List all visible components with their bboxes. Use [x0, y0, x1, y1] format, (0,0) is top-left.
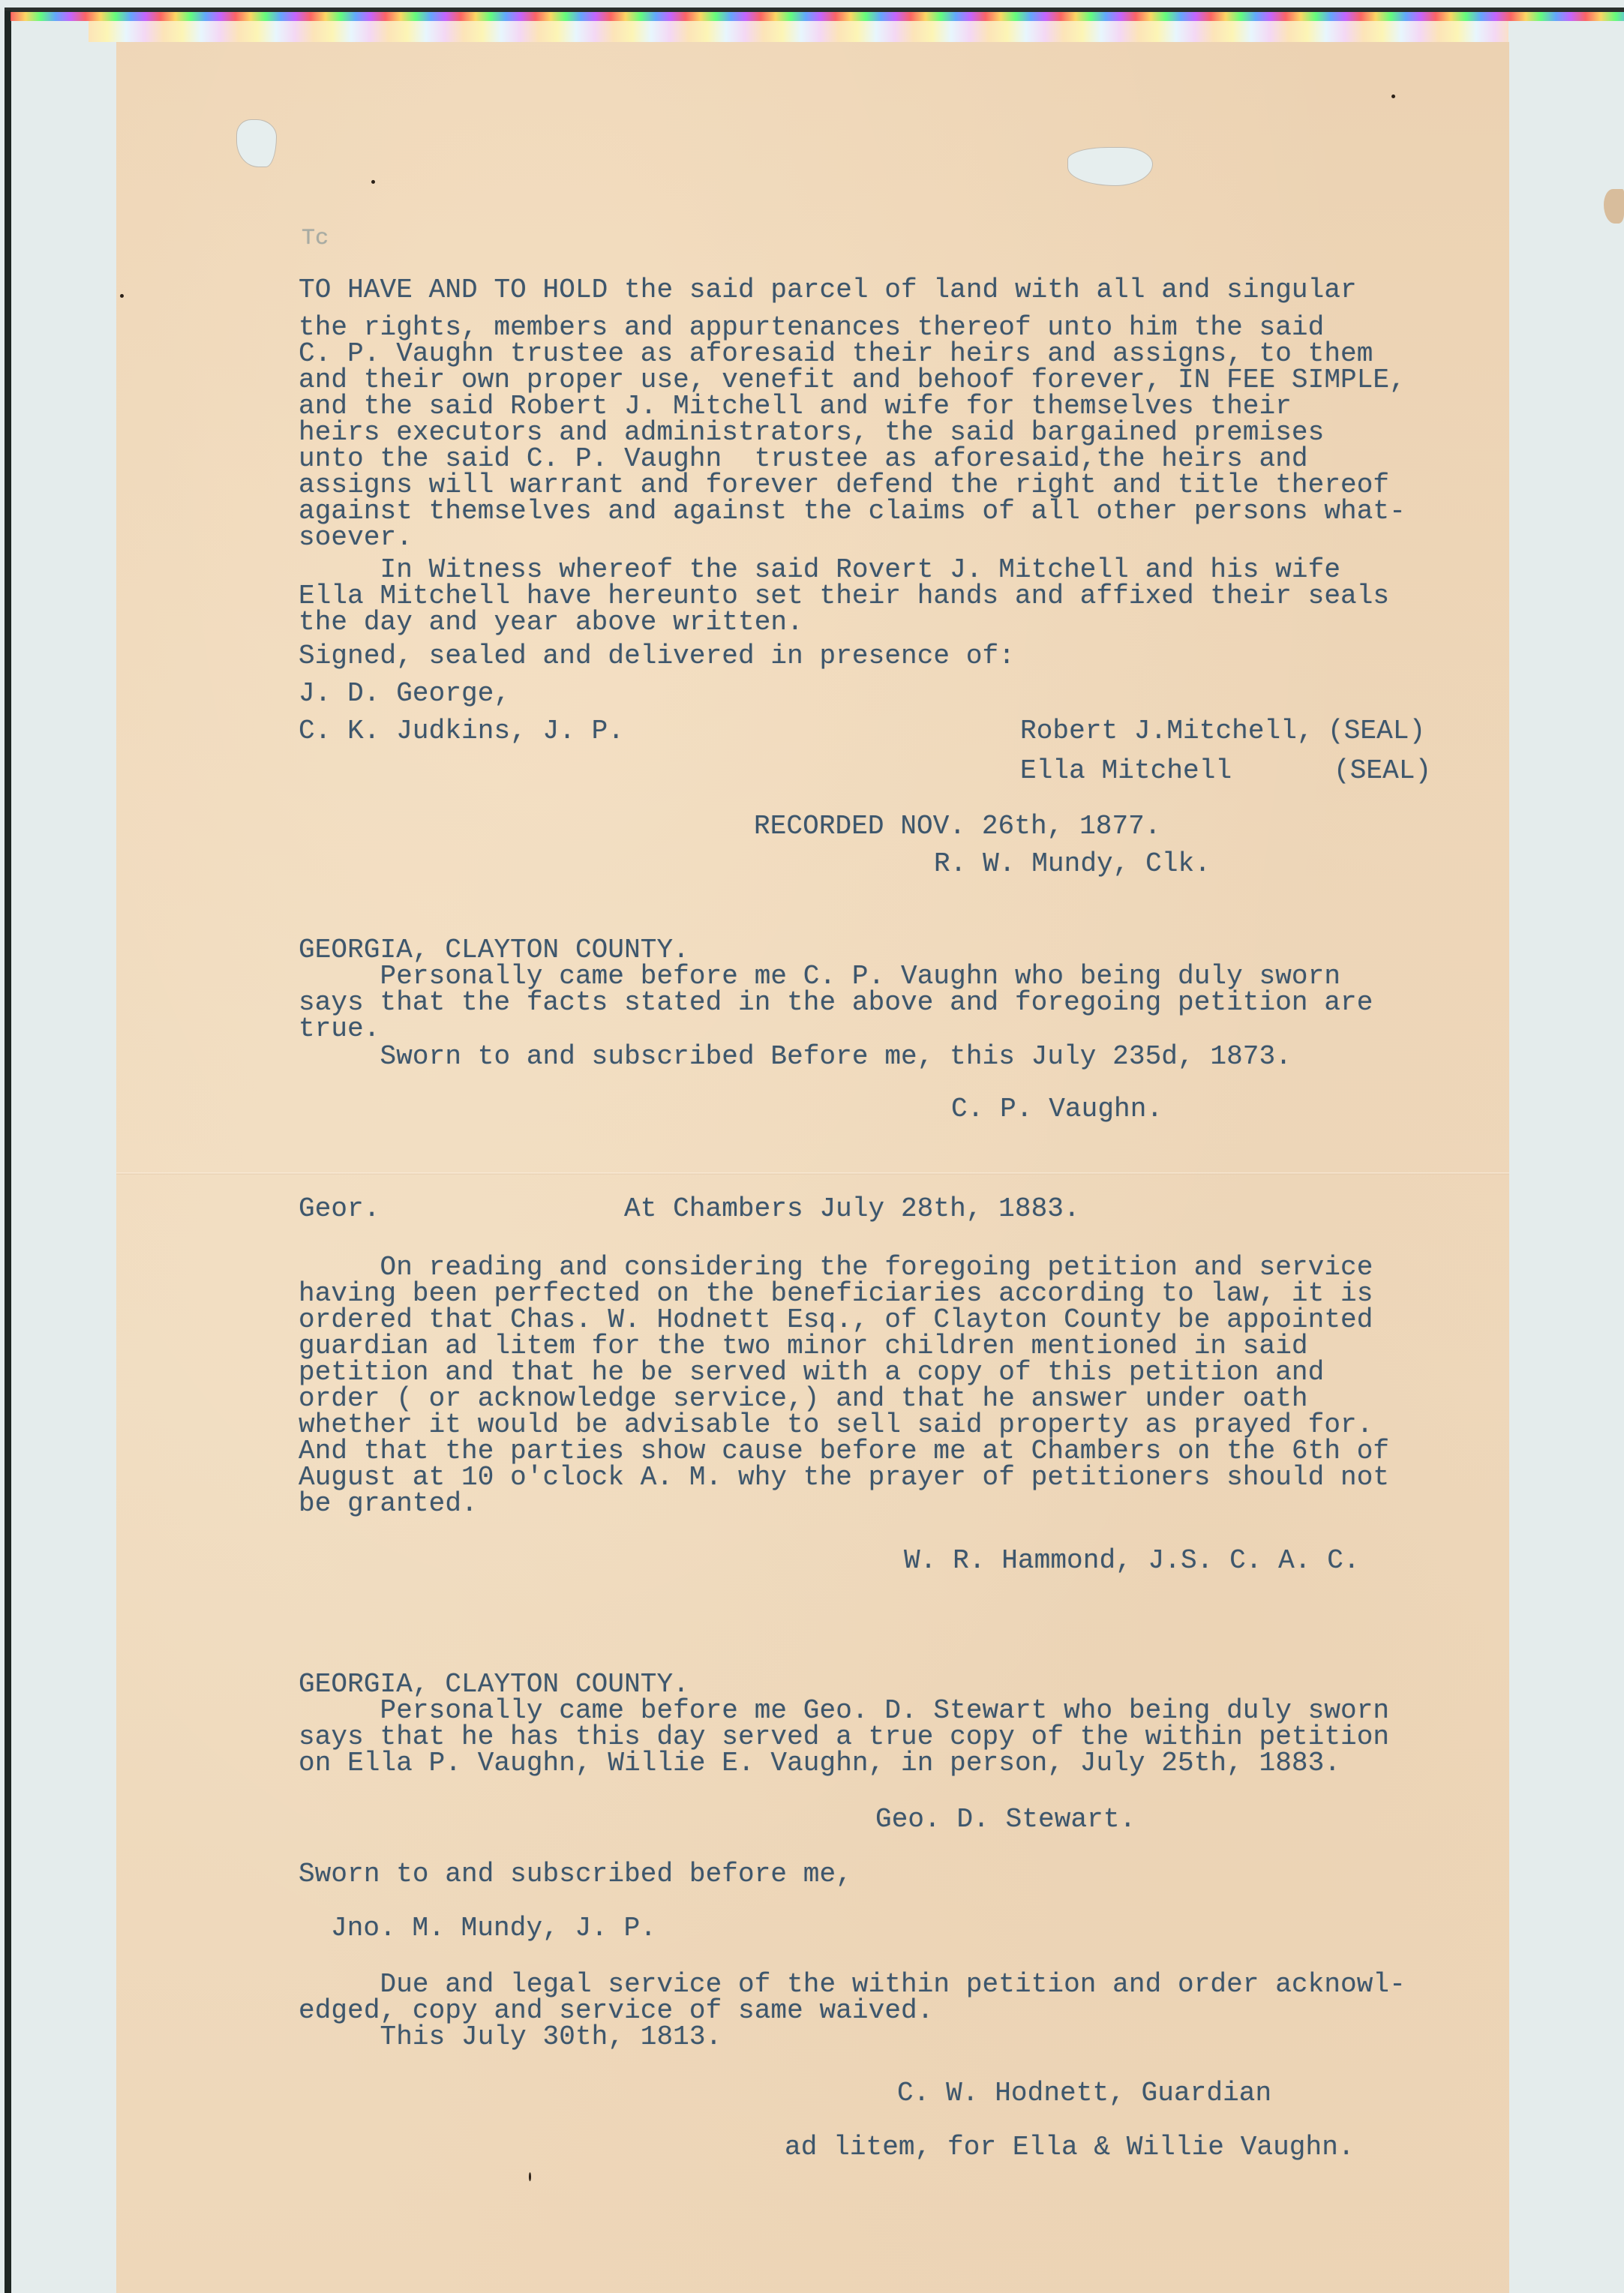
text-line: order ( or acknowledge service,) and tha… [299, 1385, 1308, 1412]
faint-typed-mark: Tc [302, 226, 329, 252]
judge-signature: W. R. Hammond, J.S. C. A. C. [904, 1547, 1360, 1574]
text-line: soever. [299, 524, 413, 551]
ink-speck [529, 2172, 531, 2181]
text-line: be granted. [299, 1490, 478, 1517]
text-line: says that he has this day served a true … [299, 1724, 1389, 1750]
grantor-signature: Ella Mitchell [1020, 758, 1232, 784]
venue-heading: Geor. [299, 1196, 380, 1222]
witness-name: J. D. George, [299, 680, 510, 707]
fold-crease [116, 1172, 1509, 1175]
scan-background: Tc TO HAVE AND TO HOLD the said parcel o… [0, 0, 1624, 2293]
text-line: August at 10 o'clock A. M. why the praye… [299, 1464, 1389, 1490]
text-line: TO HAVE AND TO HOLD the said parcel of l… [299, 277, 1357, 303]
text-line: heirs executors and administrators, the … [299, 419, 1324, 446]
text-line: unto the said C. P. Vaughn trustee as af… [299, 446, 1308, 472]
torn-hole [236, 119, 277, 167]
text-line: Personally came before me C. P. Vaughn w… [299, 963, 1340, 989]
text-line: edged, copy and service of same waived. [299, 1997, 933, 2024]
text-line: whether it would be advisable to sell sa… [299, 1412, 1373, 1438]
text-line: And that the parties show cause before m… [299, 1438, 1389, 1464]
text-line: ordered that Chas. W. Hodnett Esq., of C… [299, 1307, 1373, 1333]
text-line: assigns will warrant and forever defend … [299, 472, 1389, 498]
text-line: Ella Mitchell have hereunto set their ha… [299, 583, 1389, 609]
text-line: This July 30th, 1813. [299, 2024, 722, 2050]
venue-heading: GEORGIA, CLAYTON COUNTY. [299, 937, 689, 963]
affiant-signature: Geo. D. Stewart. [875, 1806, 1136, 1832]
text-line: on Ella P. Vaughn, Willie E. Vaughn, in … [299, 1750, 1340, 1776]
document-page: Tc TO HAVE AND TO HOLD the said parcel o… [116, 42, 1509, 2293]
text-line: and their own proper use, venefit and be… [299, 367, 1406, 393]
text-line: In Witness whereof the said Rovert J. Mi… [299, 557, 1340, 583]
jurat: Sworn to and subscribed Before me, this … [299, 1043, 1292, 1070]
text-line: Due and legal service of the within peti… [299, 1971, 1406, 1997]
text-line: the rights, members and appurtenances th… [299, 314, 1324, 341]
clerk-signature: R. W. Mundy, Clk. [934, 851, 1211, 877]
justice-signature: Jno. M. Mundy, J. P. [331, 1915, 656, 1941]
ink-speck [1391, 95, 1395, 98]
text-line: On reading and considering the foregoing… [299, 1254, 1373, 1280]
scanner-left-edge [5, 11, 11, 2293]
text-line: petition and that he be served with a co… [299, 1359, 1324, 1385]
text-line: true. [299, 1016, 380, 1042]
text-line: guardian ad litem for the two minor chil… [299, 1333, 1308, 1359]
attestation-clause: Signed, sealed and delivered in presence… [299, 643, 1015, 669]
guardian-title: ad litem, for Ella & Willie Vaughn. [785, 2134, 1355, 2160]
scanner-color-calibration-strip [11, 12, 1624, 21]
seal-mark: (SEAL) [1328, 718, 1425, 744]
torn-hole [1067, 147, 1153, 186]
paper-fragment [1604, 189, 1624, 224]
ink-speck [120, 294, 124, 298]
affiant-signature: C. P. Vaughn. [951, 1096, 1163, 1122]
venue-heading: GEORGIA, CLAYTON COUNTY. [299, 1671, 689, 1697]
text-line: the day and year above written. [299, 609, 803, 635]
jurat: Sworn to and subscribed before me, [299, 1861, 852, 1887]
text-line: against themselves and against the claim… [299, 498, 1406, 524]
text-line: Personally came before me Geo. D. Stewar… [299, 1697, 1389, 1724]
ink-speck [371, 180, 375, 184]
text-line: having been perfected on the beneficiari… [299, 1280, 1373, 1307]
text-line: says that the facts stated in the above … [299, 989, 1373, 1016]
grantor-signature: Robert J.Mitchell, [1020, 718, 1313, 744]
text-line: C. P. Vaughn trustee as aforesaid their … [299, 341, 1373, 367]
scanner-color-fringe [89, 21, 1508, 42]
text-line: and the said Robert J. Mitchell and wife… [299, 393, 1292, 419]
witness-name: C. K. Judkins, J. P. [299, 718, 624, 744]
recording-note: RECORDED NOV. 26th, 1877. [754, 813, 1161, 839]
seal-mark: (SEAL) [1334, 758, 1431, 784]
guardian-signature: C. W. Hodnett, Guardian [897, 2080, 1271, 2106]
order-heading: At Chambers July 28th, 1883. [624, 1196, 1080, 1222]
